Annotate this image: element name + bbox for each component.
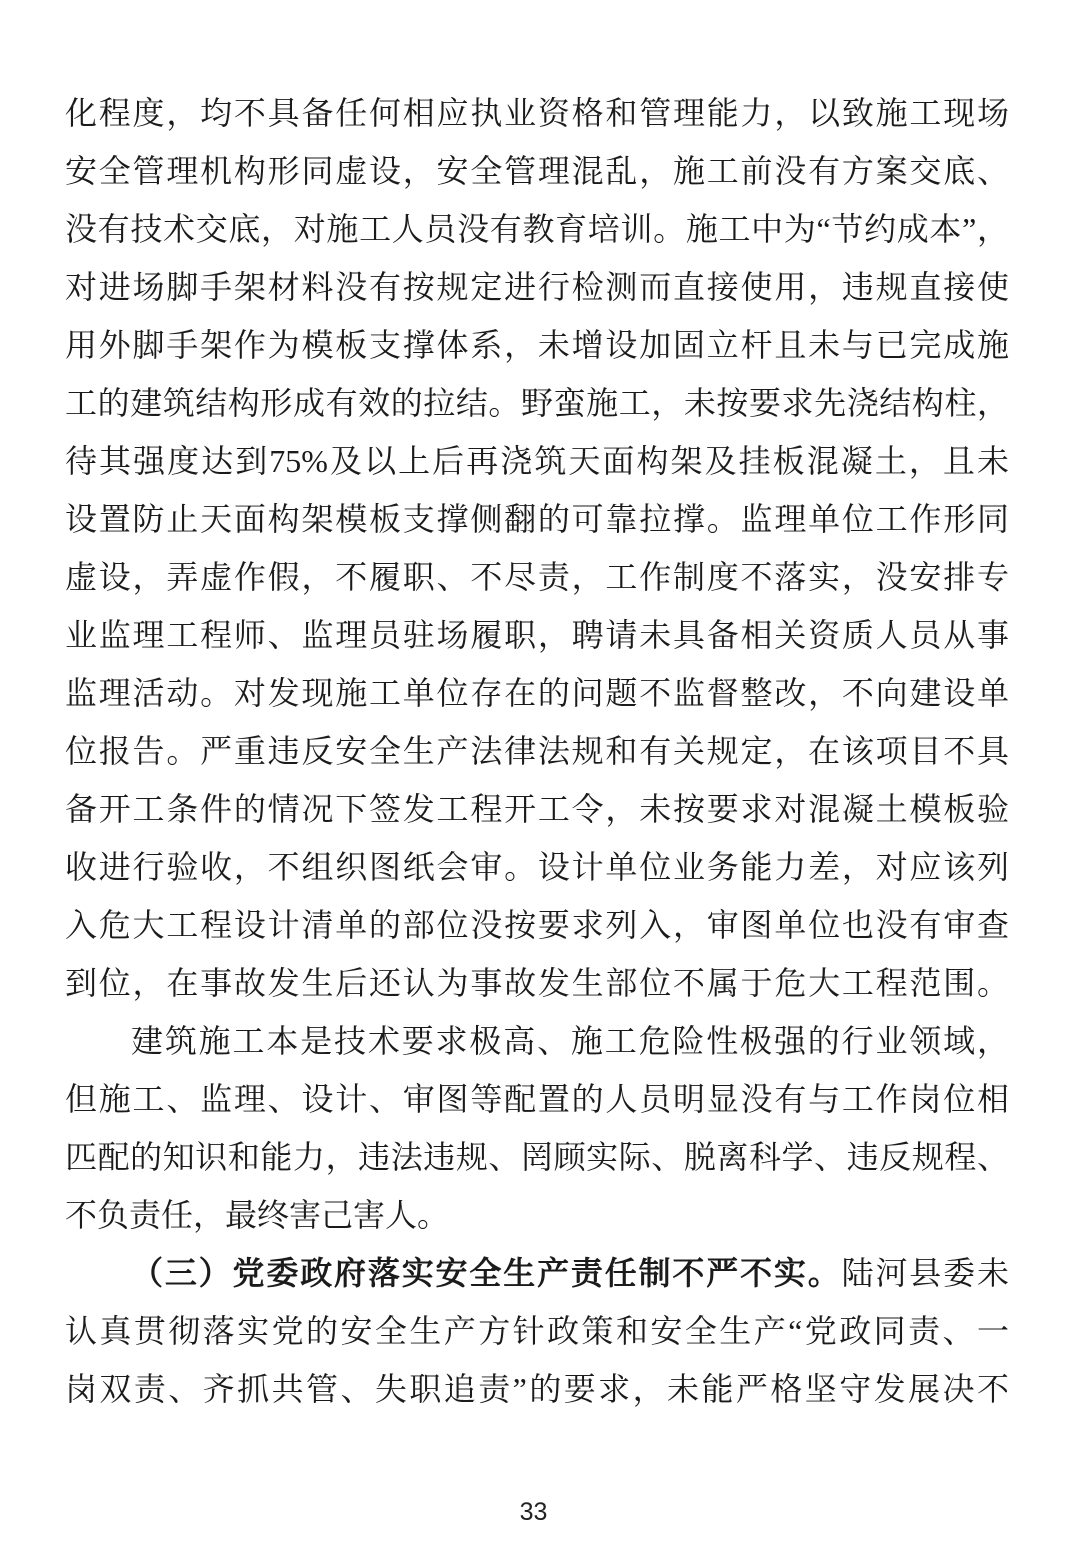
text-line: 收进行验收，不组织图纸会审。设计单位业务能力差，对应该列 (65, 838, 1009, 896)
text-line: （三）党委政府落实安全生产责任制不严不实。陆河县委未 (65, 1244, 1009, 1302)
document-text: 化程度，均不具备任何相应执业资格和管理能力，以致施工现场安全管理机构形同虚设，安… (65, 84, 1009, 1418)
body-text: 监理活动。对发现施工单位存在的问题不监督整改，不向建设单 (65, 675, 1009, 711)
text-line: 工的建筑结构形成有效的拉结。野蛮施工，未按要求先浇结构柱， (65, 374, 1009, 432)
body-text: 匹配的知识和能力，违法违规、罔顾实际、脱离科学、违反规程、 (65, 1139, 1009, 1175)
body-text: 安全管理机构形同虚设，安全管理混乱，施工前没有方案交底、 (65, 153, 1009, 189)
body-text: 建筑施工本是技术要求极高、施工危险性极强的行业领域， (131, 1023, 1009, 1059)
text-line: 岗双责、齐抓共管、失职追责”的要求，未能严格坚守发展决不 (65, 1360, 1009, 1418)
text-line: 匹配的知识和能力，违法违规、罔顾实际、脱离科学、违反规程、 (65, 1128, 1009, 1186)
text-line: 备开工条件的情况下签发工程开工令，未按要求对混凝土模板验 (65, 780, 1009, 838)
body-text: 到位，在事故发生后还认为事故发生部位不属于危大工程范围。 (65, 965, 1009, 1001)
body-text: 待其强度达到75%及以上后再浇筑天面构架及挂板混凝土，且未 (65, 443, 1009, 479)
text-line: 不负责任，最终害己害人。 (65, 1186, 1009, 1244)
body-text: 工的建筑结构形成有效的拉结。野蛮施工，未按要求先浇结构柱， (65, 385, 1009, 421)
body-text: 业监理工程师、监理员驻场履职，聘请未具备相关资质人员从事 (65, 617, 1009, 653)
body-text: 对进场脚手架材料没有按规定进行检测而直接使用，违规直接使 (65, 269, 1009, 305)
body-text: 岗双责、齐抓共管、失职追责”的要求，未能严格坚守发展决不 (65, 1371, 1009, 1407)
text-line: 化程度，均不具备任何相应执业资格和管理能力，以致施工现场 (65, 84, 1009, 142)
text-line: 没有技术交底，对施工人员没有教育培训。施工中为“节约成本”， (65, 200, 1009, 258)
document-page: 化程度，均不具备任何相应执业资格和管理能力，以致施工现场安全管理机构形同虚设，安… (0, 0, 1067, 1541)
body-text: 不负责任，最终害己害人。 (65, 1197, 449, 1233)
text-line: 到位，在事故发生后还认为事故发生部位不属于危大工程范围。 (65, 954, 1009, 1012)
body-text: 虚设，弄虚作假，不履职、不尽责，工作制度不落实，没安排专 (65, 559, 1009, 595)
body-text: 化程度，均不具备任何相应执业资格和管理能力，以致施工现场 (65, 95, 1009, 131)
text-line: 入危大工程设计清单的部位没按要求列入，审图单位也没有审查 (65, 896, 1009, 954)
body-text: 陆河县委未 (842, 1255, 1009, 1291)
section-heading-text: （三）党委政府落实安全生产责任制不严不实。 (131, 1255, 842, 1291)
body-text: 收进行验收，不组织图纸会审。设计单位业务能力差，对应该列 (65, 849, 1009, 885)
text-line: 监理活动。对发现施工单位存在的问题不监督整改，不向建设单 (65, 664, 1009, 722)
text-line: 但施工、监理、设计、审图等配置的人员明显没有与工作岗位相 (65, 1070, 1009, 1128)
body-text: 但施工、监理、设计、审图等配置的人员明显没有与工作岗位相 (65, 1081, 1009, 1117)
text-line: 用外脚手架作为模板支撑体系，未增设加固立杆且未与已完成施 (65, 316, 1009, 374)
body-text: 位报告。严重违反安全生产法律法规和有关规定，在该项目不具 (65, 733, 1009, 769)
text-line: 待其强度达到75%及以上后再浇筑天面构架及挂板混凝土，且未 (65, 432, 1009, 490)
body-text: 备开工条件的情况下签发工程开工令，未按要求对混凝土模板验 (65, 791, 1009, 827)
body-text: 入危大工程设计清单的部位没按要求列入，审图单位也没有审查 (65, 907, 1009, 943)
text-line: 对进场脚手架材料没有按规定进行检测而直接使用，违规直接使 (65, 258, 1009, 316)
page-number: 33 (0, 1496, 1067, 1528)
text-line: 虚设，弄虚作假，不履职、不尽责，工作制度不落实，没安排专 (65, 548, 1009, 606)
text-line: 认真贯彻落实党的安全生产方针政策和安全生产“党政同责、一 (65, 1302, 1009, 1360)
body-text: 用外脚手架作为模板支撑体系，未增设加固立杆且未与已完成施 (65, 327, 1009, 363)
text-line: 安全管理机构形同虚设，安全管理混乱，施工前没有方案交底、 (65, 142, 1009, 200)
text-line: 业监理工程师、监理员驻场履职，聘请未具备相关资质人员从事 (65, 606, 1009, 664)
body-text: 没有技术交底，对施工人员没有教育培训。施工中为“节约成本”， (65, 211, 1009, 247)
text-line: 建筑施工本是技术要求极高、施工危险性极强的行业领域， (65, 1012, 1009, 1070)
text-line: 设置防止天面构架模板支撑侧翻的可靠拉撑。监理单位工作形同 (65, 490, 1009, 548)
text-line: 位报告。严重违反安全生产法律法规和有关规定，在该项目不具 (65, 722, 1009, 780)
body-text: 设置防止天面构架模板支撑侧翻的可靠拉撑。监理单位工作形同 (65, 501, 1009, 537)
body-text: 认真贯彻落实党的安全生产方针政策和安全生产“党政同责、一 (65, 1313, 1009, 1349)
